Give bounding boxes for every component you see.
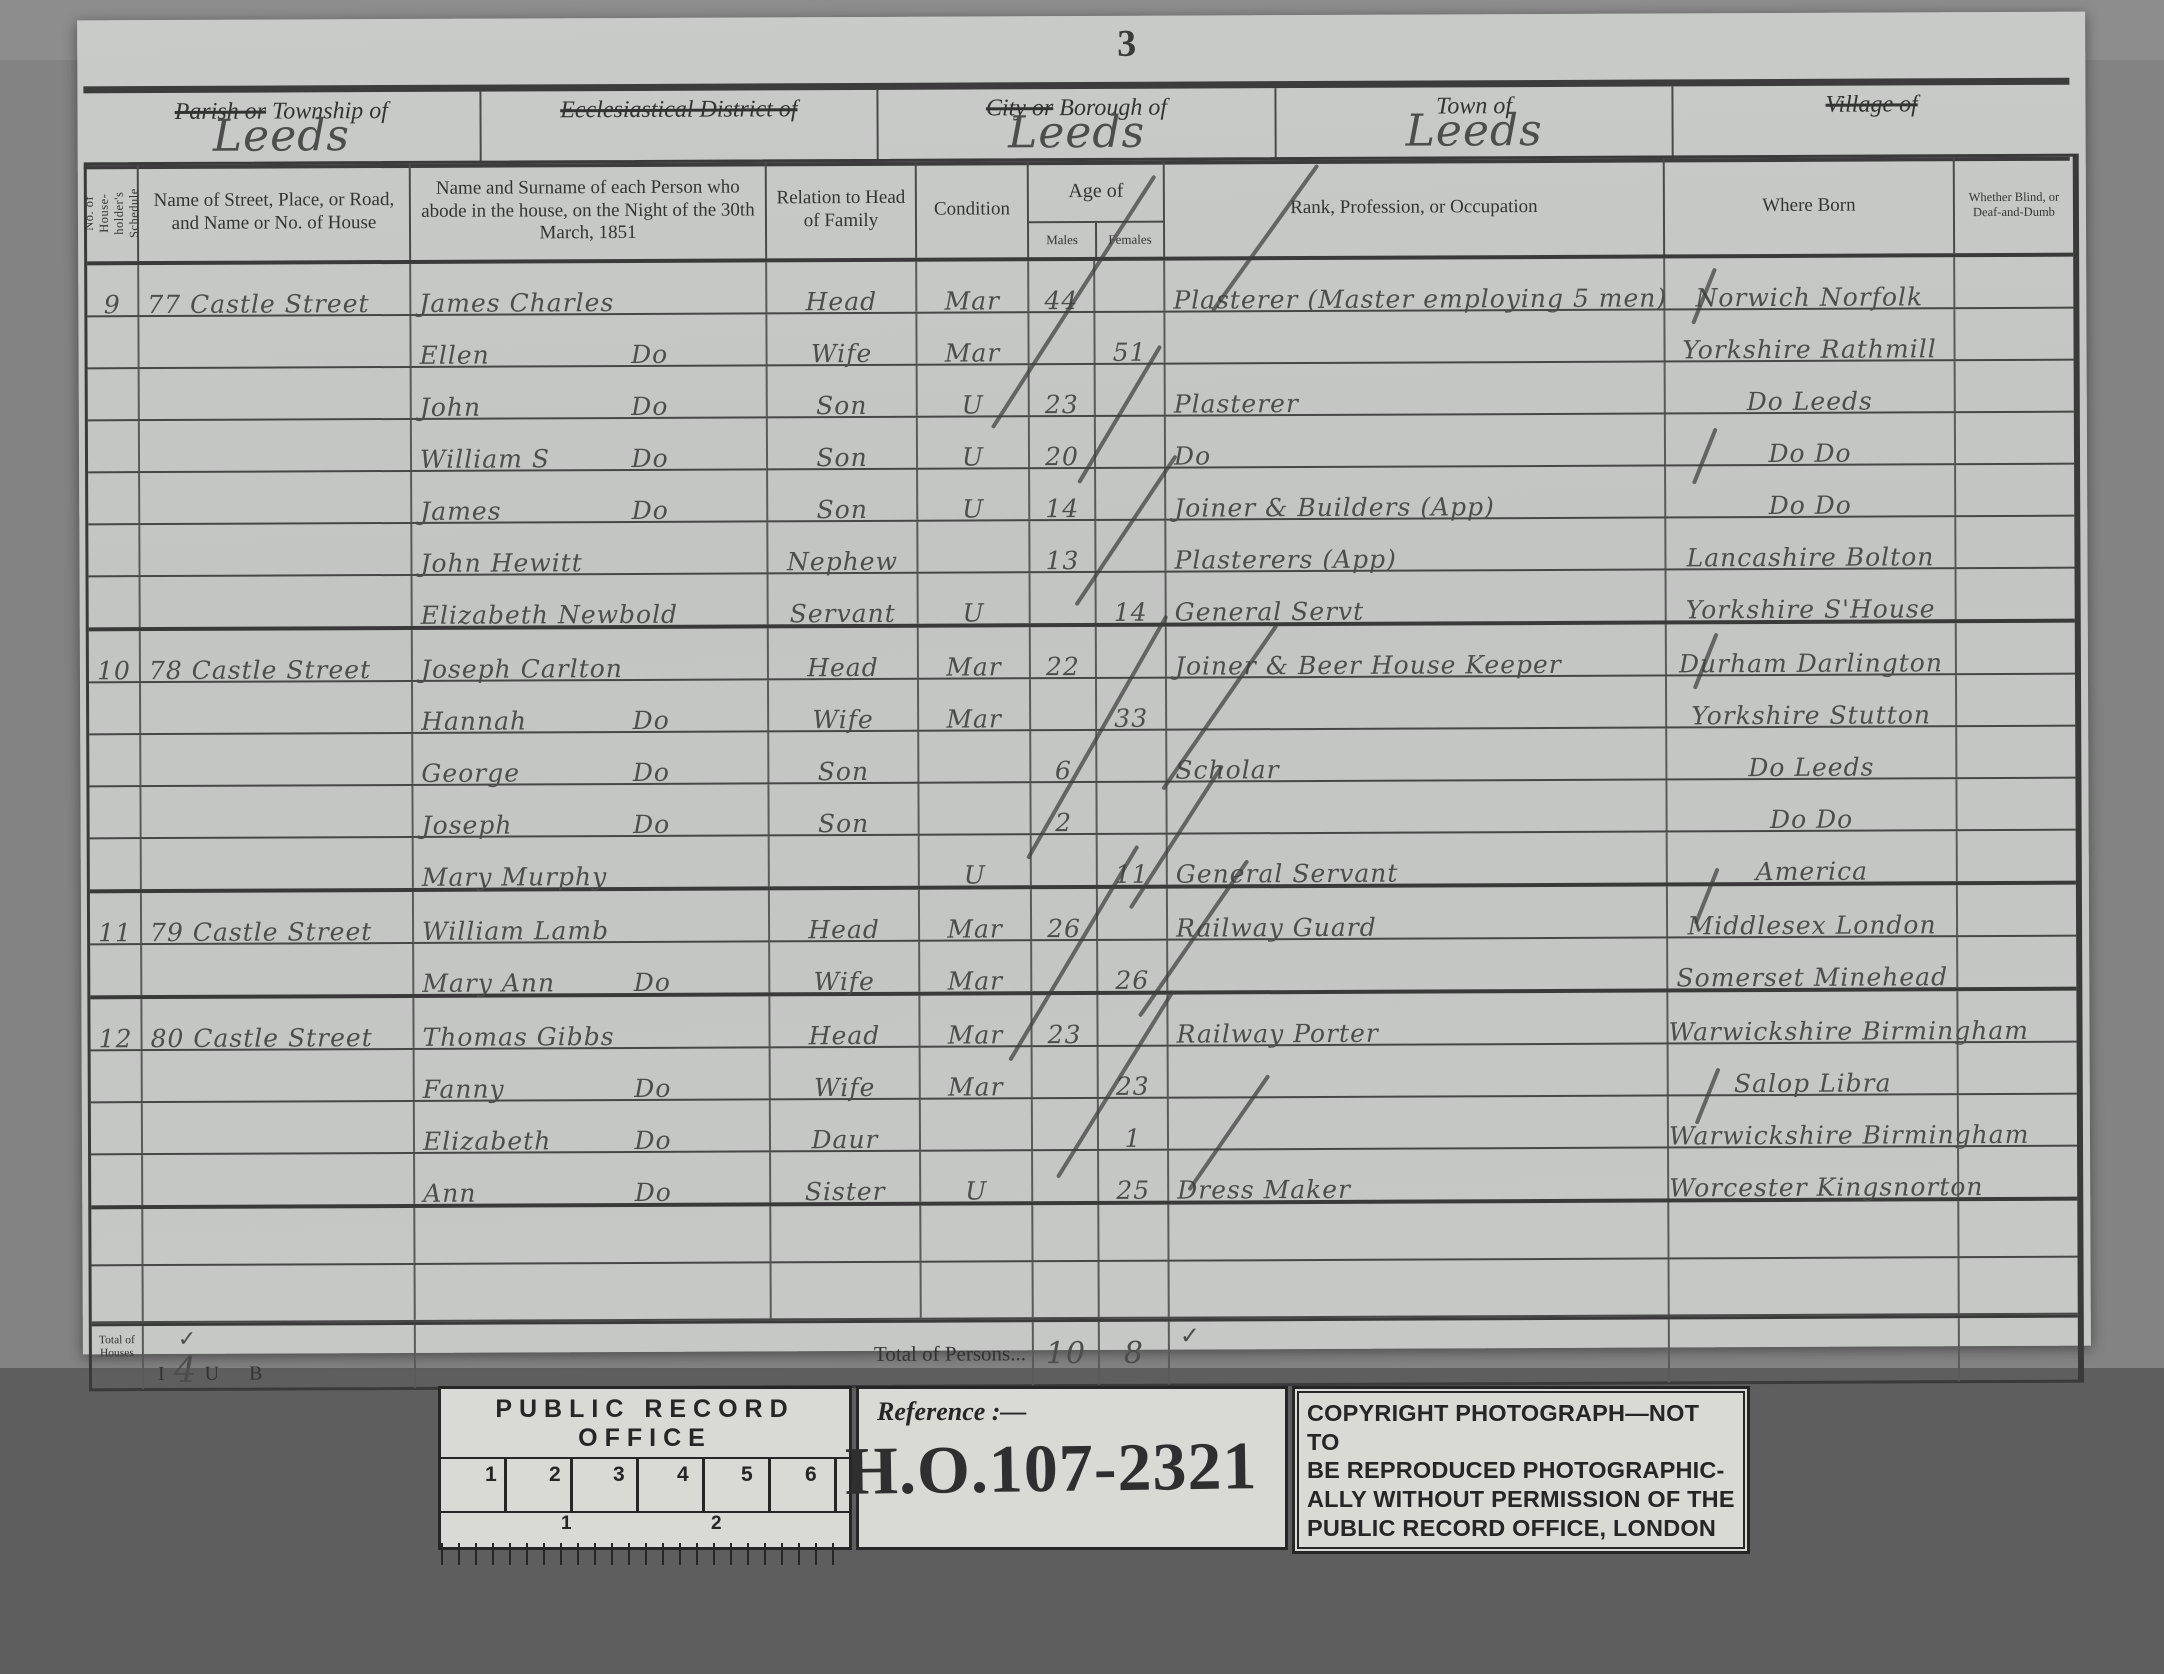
cell-relation: Wife: [767, 314, 917, 365]
ruler-number: 2: [711, 1513, 722, 1535]
cell-age-female: [1097, 731, 1167, 781]
cell-occupation: [1170, 1259, 1670, 1316]
inhabited-label: I: [158, 1363, 167, 1385]
cell-relation: Servant: [769, 574, 919, 625]
cell-name: William Lamb: [414, 890, 770, 942]
table-row: AnnDo Sister U 25 Dress Maker Worcester …: [91, 1147, 2077, 1210]
cell-relation: Son: [769, 732, 919, 783]
cell-relation: Wife: [769, 680, 919, 731]
cell-blind: [1958, 885, 2076, 936]
copyright-line: PUBLIC RECORD OFFICE, LONDON: [1307, 1514, 1735, 1543]
cell-street: [141, 576, 413, 627]
cell-relation: Son: [768, 470, 918, 521]
cell-condition: [921, 1099, 1033, 1149]
cell-schedule: [88, 525, 140, 575]
header-township: Parish or Township of Leeds: [83, 92, 481, 166]
cell-condition: [918, 521, 1030, 571]
cell-relation: Son: [768, 418, 918, 469]
cell-age-male: [1032, 835, 1098, 885]
total-females-value: 8: [1100, 1322, 1170, 1385]
total-houses-value: 4: [174, 1350, 198, 1391]
totals-row: Total of Houses ✓ I 4 U B Total of Perso…: [92, 1315, 2078, 1389]
cell-occupation: [1168, 938, 1668, 990]
copyright-line: BE REPRODUCED PHOTOGRAPHIC-: [1307, 1456, 1735, 1485]
struck-text: City or: [986, 95, 1053, 121]
cell-blind: [1956, 361, 2074, 412]
cell-name: Joseph Carlton: [413, 628, 769, 680]
table-row: [92, 1258, 2078, 1324]
cell-occupation: Plasterer (Master employing 5 men): [1165, 258, 1665, 310]
cell-street: 80 Castle Street: [142, 998, 414, 1049]
cell-condition: Mar: [917, 261, 1029, 311]
cell-age-female: [1096, 417, 1166, 467]
col-street: Name of Street, Place, or Road, and Name…: [139, 164, 411, 261]
cell-age-male: [1033, 1205, 1099, 1260]
cell-schedule: 11: [90, 893, 142, 943]
cell-blind: [1958, 831, 2076, 882]
total-check-cell: ✓: [1170, 1319, 1670, 1384]
cell-condition: Mar: [921, 1047, 1033, 1097]
cell-street: [143, 1102, 415, 1153]
header-village: Village of: [1674, 85, 2070, 159]
cell-age-male: 13: [1030, 521, 1096, 571]
header-borough: City or Borough of Leeds: [879, 88, 1277, 162]
cell-street: 78 Castle Street: [141, 630, 413, 681]
pro-ruler-card: PUBLIC RECORD OFFICE 1 2 3 4 5 6 1 2: [438, 1386, 852, 1550]
pro-copyright-card: COPYRIGHT PHOTOGRAPH—NOT TO BE REPRODUCE…: [1292, 1386, 1750, 1554]
cell-schedule: [88, 473, 140, 523]
cell-age-female: [1096, 469, 1166, 519]
cell-relation: Sister: [771, 1152, 921, 1203]
table-row: William SDo Son U 20 Do Do Do: [88, 413, 2074, 474]
cell-blind: [1958, 991, 2076, 1042]
cell-name: Elizabeth Newbold: [413, 574, 769, 626]
cell-born: [1670, 1258, 1960, 1314]
cell-occupation: Joiner & Builders (App): [1166, 466, 1666, 518]
cell-blind: [1959, 1043, 2077, 1094]
table-row: JohnDo Son U 23 Plasterer Do Leeds: [88, 361, 2074, 422]
cell-name: Thomas Gibbs: [414, 996, 770, 1048]
cell-schedule: [91, 1051, 143, 1101]
cell-schedule: [87, 317, 139, 367]
cell-blind: [1957, 623, 2075, 674]
col-blind: Whether Blind, or Deaf-and-Dumb: [1955, 157, 2073, 254]
cell-condition: [922, 1262, 1034, 1317]
ruler-number: 1: [561, 1513, 572, 1535]
cell-schedule: [89, 577, 141, 627]
cell-born: Lancashire Bolton: [1666, 517, 1956, 568]
total-males-value: 10: [1034, 1322, 1100, 1385]
cell-blind: [1955, 257, 2073, 308]
cell-condition: Mar: [920, 941, 1032, 991]
ruler-number: 3: [613, 1463, 625, 1487]
cell-relation: Head: [770, 996, 920, 1047]
cell-born: Middlesex London: [1668, 885, 1958, 936]
cell-age-female: 26: [1098, 941, 1168, 991]
census-photo: { "page": {"number": "3"}, "header_field…: [0, 0, 2164, 1674]
cell-blind: [1957, 727, 2075, 778]
cell-condition: [921, 1205, 1033, 1260]
cell-street: 79 Castle Street: [142, 892, 414, 943]
cell-blind: [1957, 675, 2075, 726]
col-age: Age of Males Females: [1029, 161, 1165, 258]
cell-name: EllenDo: [411, 314, 767, 366]
cell-schedule: [89, 683, 141, 733]
cell-occupation: [1165, 310, 1665, 362]
cell-name: GeorgeDo: [413, 732, 769, 784]
cell-born: America: [1668, 831, 1958, 882]
cell-blind: [1956, 517, 2074, 568]
table-row: [91, 1201, 2077, 1267]
cell-name: James Charles: [411, 262, 767, 314]
age-males-label: Males: [1029, 223, 1097, 257]
cell-born: Warwickshire Birmingham: [1668, 991, 1958, 1042]
cell-age-female: 1: [1099, 1099, 1169, 1149]
cell-name: [416, 1263, 772, 1320]
copyright-line: ALLY WITHOUT PERMISSION OF THE: [1307, 1485, 1735, 1514]
uninhabited-label: U: [205, 1363, 222, 1385]
cell-occupation: Railway Guard: [1168, 886, 1668, 938]
cell-age-female: [1100, 1262, 1170, 1317]
cell-condition: Mar: [919, 627, 1031, 677]
cell-schedule: [90, 839, 142, 889]
cell-schedule: [91, 1155, 143, 1205]
cell-relation: Daur: [771, 1100, 921, 1151]
cell-street: [143, 1050, 415, 1101]
header-ecclesiastical: Ecclesiastical District of: [481, 90, 879, 164]
pro-stamp: PUBLIC RECORD OFFICE 1 2 3 4 5 6 1 2 Ref…: [438, 1386, 1750, 1554]
total-born-cell: [1670, 1318, 1960, 1382]
cell-condition: U: [920, 835, 1032, 885]
header-label: Township of: [272, 98, 388, 125]
cell-name: HannahDo: [413, 680, 769, 732]
cell-blind: [1957, 569, 2075, 620]
cell-occupation: Plasterer: [1166, 362, 1666, 414]
cell-blind: [1958, 937, 2076, 988]
ruler-number: 1: [485, 1463, 497, 1487]
cell-name: AnnDo: [415, 1152, 771, 1204]
cell-street: [141, 682, 413, 733]
cell-age-female: [1095, 261, 1165, 311]
cell-schedule: [91, 1103, 143, 1153]
page-number: 3: [1117, 22, 1136, 66]
cell-occupation: Dress Maker: [1169, 1148, 1669, 1200]
reference-number: H.O.107-2321: [844, 1426, 1258, 1511]
cell-age-male: 23: [1030, 365, 1096, 415]
checkmark-icon: ✓: [178, 1326, 199, 1352]
table-header-row: No. of House-holder's Schedule Name of S…: [87, 157, 2073, 266]
cell-street: 77 Castle Street: [139, 264, 411, 315]
cell-blind: [1959, 1095, 2077, 1146]
cell-street: [139, 316, 411, 367]
cell-schedule: 12: [90, 999, 142, 1049]
table-body: 9 77 Castle Street James Charles Head Ma…: [87, 257, 2078, 1324]
table-row: 12 80 Castle Street Thomas Gibbs Head Ma…: [90, 991, 2076, 1052]
cell-occupation: [1167, 780, 1667, 832]
table-row: HannahDo Wife Mar 33 Yorkshire Stutton: [89, 675, 2075, 736]
pro-office-title: PUBLIC RECORD OFFICE: [441, 1389, 849, 1459]
total-houses-label: Total of Houses: [92, 1326, 144, 1389]
table-row: ElizabethDo Daur 1 Warwickshire Birmingh…: [91, 1095, 2077, 1156]
cell-condition: U: [921, 1151, 1033, 1201]
reference-label: Reference :—: [859, 1389, 1285, 1427]
cell-relation: Nephew: [768, 522, 918, 573]
cell-occupation: Joiner & Beer House Keeper: [1167, 624, 1667, 676]
pro-reference-card: Reference :— H.O.107-2321: [856, 1386, 1288, 1550]
cell-blind: [1956, 465, 2074, 516]
cell-name: William SDo: [412, 418, 768, 470]
cell-name: Mary Murphy: [414, 836, 770, 888]
cell-relation: [772, 1263, 922, 1319]
cell-blind: [1956, 413, 2074, 464]
col-occupation: Rank, Profession, or Occupation: [1165, 158, 1665, 256]
table-row: John Hewitt Nephew 13 Plasterers (App) L…: [88, 517, 2074, 578]
cell-name: ElizabethDo: [415, 1100, 771, 1152]
cell-condition: Mar: [920, 889, 1032, 939]
cell-occupation: [1169, 1202, 1669, 1259]
header-town: Town of Leeds: [1276, 86, 1674, 160]
cell-blind: [1957, 779, 2075, 830]
cell-schedule: 10: [89, 631, 141, 681]
cell-occupation: [1167, 676, 1667, 728]
cell-relation: Wife: [770, 942, 920, 993]
cell-born: Worcester Kingsnorton: [1669, 1147, 1959, 1198]
cell-street: [140, 368, 412, 419]
cell-condition: U: [918, 417, 1030, 467]
cell-occupation: Scholar: [1167, 728, 1667, 780]
cell-street: [143, 1208, 415, 1264]
ruler-number: 5: [741, 1463, 753, 1487]
cell-age-male: 14: [1030, 469, 1096, 519]
cell-condition: Mar: [917, 313, 1029, 363]
cell-street: [141, 734, 413, 785]
struck-text: Parish or: [175, 99, 266, 125]
census-page: 3 Parish or Township of Leeds Ecclesiast…: [77, 12, 2091, 1355]
cell-age-female: 14: [1097, 573, 1167, 623]
table-row: EllenDo Wife Mar 51 Yorkshire Rathmill: [87, 309, 2073, 370]
cell-relation: Son: [768, 366, 918, 417]
cell-occupation: [1169, 1044, 1669, 1096]
cell-born: Warwickshire Birmingham: [1669, 1095, 1959, 1146]
cell-street: [140, 420, 412, 471]
col-name: Name and Surname of each Person who abod…: [411, 162, 767, 260]
struck-text: Ecclesiastical District of: [560, 96, 797, 123]
cell-schedule: [92, 1266, 144, 1321]
cell-age-female: 25: [1099, 1151, 1169, 1201]
cell-age-female: [1098, 995, 1168, 1045]
cell-name: Mary AnnDo: [414, 942, 770, 994]
cell-schedule: 9: [87, 265, 139, 315]
cell-schedule: [90, 945, 142, 995]
header-label: Borough of: [1059, 95, 1167, 121]
cell-age-male: 20: [1030, 417, 1096, 467]
cell-schedule: [89, 787, 141, 837]
cell-condition: U: [918, 469, 1030, 519]
cell-street: [141, 786, 413, 837]
cell-condition: Mar: [919, 679, 1031, 729]
cell-schedule: [88, 421, 140, 471]
total-persons-label: Total of Persons...: [416, 1322, 1034, 1388]
copyright-line: COPYRIGHT PHOTOGRAPH—NOT TO: [1307, 1399, 1735, 1456]
census-table: No. of House-holder's Schedule Name of S…: [84, 154, 2084, 1392]
cell-name: John Hewitt: [412, 522, 768, 574]
table-row: FannyDo Wife Mar 23 Salop Libra: [91, 1043, 2077, 1104]
cell-blind: [1959, 1201, 2077, 1257]
cell-born: Do Leeds: [1666, 361, 1956, 412]
header-label: Town of: [1436, 93, 1512, 119]
ruler-lower: 1 2: [441, 1513, 849, 1565]
ruler-number: 4: [677, 1463, 689, 1487]
table-row: 10 78 Castle Street Joseph Carlton Head …: [89, 623, 2075, 684]
checkmark-icon: ✓: [1170, 1320, 1200, 1350]
col-schedule: No. of House-holder's Schedule: [87, 165, 139, 261]
table-row: Mary AnnDo Wife Mar 26 Somerset Minehead: [90, 937, 2076, 1000]
cell-street: [142, 944, 414, 995]
cell-blind: [1955, 309, 2073, 360]
col-born: Where Born: [1665, 157, 1955, 254]
cell-age-male: [1031, 679, 1097, 729]
cell-condition: [919, 731, 1031, 781]
cell-occupation: [1169, 1096, 1669, 1148]
ruler-number: 6: [805, 1463, 817, 1487]
cell-occupation: Do: [1166, 414, 1666, 466]
cell-name: JosephDo: [413, 784, 769, 836]
table-row: Mary Murphy U 11 General Servant America: [90, 831, 2076, 894]
cell-relation: Son: [769, 784, 919, 835]
cell-blind: [1960, 1258, 2078, 1314]
cell-born: Yorkshire Rathmill: [1665, 309, 1955, 360]
ruler-inches: 1 2 3 4 5 6: [441, 1459, 849, 1513]
cell-schedule: [89, 735, 141, 785]
cell-condition: Mar: [920, 995, 1032, 1045]
cell-occupation: Plasterers (App): [1166, 518, 1666, 570]
cell-condition: U: [919, 573, 1031, 623]
cell-age-male: 22: [1031, 627, 1097, 677]
cell-blind: [1959, 1147, 2077, 1198]
cell-age-female: [1099, 1205, 1169, 1260]
col-condition: Condition: [917, 161, 1029, 257]
cell-relation: Wife: [771, 1048, 921, 1099]
cell-street: [142, 838, 414, 889]
cell-born: Do Do: [1667, 779, 1957, 830]
cell-born: Somerset Minehead: [1668, 937, 1958, 988]
cell-relation: [770, 836, 920, 887]
cell-born: Do Leeds: [1667, 727, 1957, 778]
cell-schedule: [91, 1209, 143, 1264]
cell-relation: Head: [767, 262, 917, 313]
building-label: B: [249, 1363, 264, 1385]
ruler-number: 2: [549, 1463, 561, 1487]
cell-age-female: 11: [1098, 835, 1168, 885]
cell-condition: [919, 783, 1031, 833]
cell-age-male: [1034, 1262, 1100, 1317]
cell-occupation: General Servt: [1167, 570, 1667, 622]
cell-age-female: [1097, 783, 1167, 833]
table-row: JosephDo Son 2 Do Do: [89, 779, 2075, 840]
cell-occupation: Railway Porter: [1168, 992, 1668, 1044]
total-blind-cell: [1960, 1318, 2078, 1382]
struck-text: Village of: [1825, 91, 1917, 117]
cell-age-male: [1031, 573, 1097, 623]
cell-born: Yorkshire S'House: [1667, 569, 1957, 620]
col-relation: Relation to Head of Family: [767, 162, 917, 259]
cell-name: JohnDo: [412, 366, 768, 418]
cell-relation: Head: [770, 890, 920, 941]
cell-occupation: General Servant: [1168, 832, 1668, 884]
cell-name: FannyDo: [415, 1048, 771, 1100]
cell-relation: Head: [769, 628, 919, 679]
cell-born: [1669, 1201, 1959, 1257]
cell-age-female: [1096, 521, 1166, 571]
cell-street: [140, 472, 412, 523]
cell-name: [415, 1206, 771, 1263]
cell-born: Yorkshire Stutton: [1667, 675, 1957, 726]
cell-street: [143, 1154, 415, 1205]
cell-street: [144, 1265, 416, 1321]
cell-age-male: [1033, 1047, 1099, 1097]
cell-born: Do Do: [1666, 465, 1956, 516]
cell-relation: [771, 1206, 921, 1262]
cell-street: [140, 524, 412, 575]
cell-name: JamesDo: [412, 470, 768, 522]
total-houses-cell: ✓ I 4 U B: [144, 1325, 416, 1389]
cell-schedule: [88, 369, 140, 419]
